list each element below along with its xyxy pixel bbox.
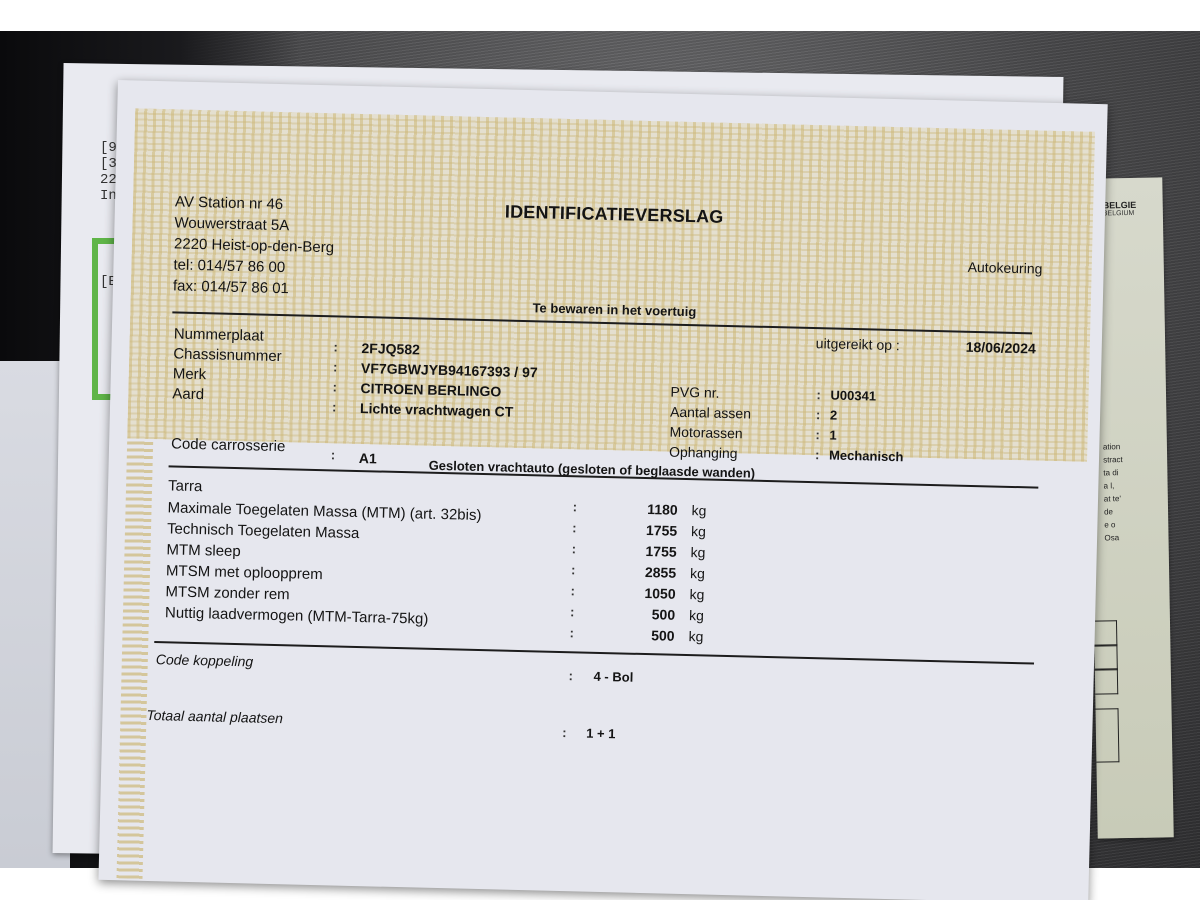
bodywork-code: A1 bbox=[359, 450, 377, 466]
station-name: AV Station nr 46 bbox=[175, 191, 284, 215]
country-label-en: BELGIUM bbox=[1103, 210, 1135, 218]
card-fragment: de bbox=[1104, 505, 1124, 518]
pvg-value: U00341 bbox=[830, 388, 876, 404]
card-fragment: e o bbox=[1104, 518, 1124, 531]
mass-value: 500 bbox=[615, 605, 675, 622]
mass-label: Technisch Toegelaten Massa bbox=[167, 520, 360, 542]
mass-unit: kg bbox=[690, 565, 705, 581]
brand-value: CITROEN BERLINGO bbox=[360, 380, 501, 399]
mass-unit: kg bbox=[688, 628, 703, 644]
card-fragment: stract bbox=[1103, 453, 1123, 466]
colon: : bbox=[333, 339, 338, 354]
axles-value: 2 bbox=[830, 407, 838, 422]
suspension-label: Ophanging bbox=[669, 444, 738, 462]
card-box bbox=[1094, 620, 1117, 646]
mass-value: 1755 bbox=[616, 542, 676, 559]
pvg-label: PVG nr. bbox=[670, 384, 719, 401]
colon: : bbox=[816, 387, 821, 402]
colon: : bbox=[331, 447, 336, 462]
colon: : bbox=[815, 447, 820, 462]
issued-date: 18/06/2024 bbox=[966, 339, 1036, 357]
card-box bbox=[1094, 644, 1117, 670]
coupling-label: Code koppeling bbox=[156, 651, 254, 669]
driven-axles-value: 1 bbox=[829, 427, 837, 442]
type-label: Aard bbox=[172, 385, 204, 403]
issued-label: uitgereikt op : bbox=[816, 335, 900, 353]
colon: : bbox=[570, 604, 575, 619]
mass-unit: kg bbox=[689, 586, 704, 602]
mass-unit: kg bbox=[691, 502, 706, 518]
driven-axles-label: Motorassen bbox=[669, 424, 743, 442]
mass-unit: kg bbox=[690, 544, 705, 560]
mass-value: 1755 bbox=[617, 521, 677, 538]
brand-label: Merk bbox=[173, 365, 207, 383]
mass-value: 2855 bbox=[616, 563, 676, 580]
mass-unit: kg bbox=[689, 607, 704, 623]
colon: : bbox=[562, 725, 567, 740]
colon: : bbox=[333, 359, 338, 374]
colon: : bbox=[573, 499, 578, 514]
colon: : bbox=[572, 520, 577, 535]
card-text-fragments: ation stract ta di a l, at te' de e o Os… bbox=[1103, 440, 1124, 544]
card-fragment: ta di bbox=[1103, 466, 1123, 479]
card-fragment: a l, bbox=[1103, 479, 1123, 492]
chassis-label: Chassisnummer bbox=[173, 345, 282, 365]
plate-label: Nummerplaat bbox=[174, 325, 264, 344]
coupling-value: 4 - Bol bbox=[593, 669, 633, 685]
country-label: BELGIE bbox=[1103, 200, 1137, 211]
seats-value: 1 + 1 bbox=[586, 726, 616, 742]
colon: : bbox=[332, 399, 337, 414]
tare-label: Tarra bbox=[168, 477, 203, 495]
colon: : bbox=[569, 625, 574, 640]
mass-label: MTSM zonder rem bbox=[165, 583, 290, 603]
card-fragment: ation bbox=[1103, 440, 1123, 453]
colon: : bbox=[568, 668, 573, 683]
colon: : bbox=[815, 427, 820, 442]
card-fragment: Osa bbox=[1104, 531, 1124, 544]
plate-value: 2FJQ582 bbox=[361, 340, 420, 357]
document-category: Autokeuring bbox=[967, 259, 1042, 277]
identification-report: AV Station nr 46 Wouwerstraat 5A 2220 He… bbox=[98, 80, 1107, 900]
bodywork-label: Code carrosserie bbox=[171, 435, 286, 455]
mass-value: 1180 bbox=[617, 500, 677, 517]
mass-value: 1050 bbox=[615, 584, 675, 601]
station-tel: tel: 014/57 86 00 bbox=[173, 254, 285, 278]
colon: : bbox=[816, 407, 821, 422]
card-fragment: at te' bbox=[1104, 492, 1124, 505]
seats-label: Totaal aantal plaatsen bbox=[146, 707, 283, 726]
mass-label: MTM sleep bbox=[166, 541, 241, 560]
suspension-value: Mechanisch bbox=[829, 447, 904, 464]
mass-unit: kg bbox=[691, 523, 706, 539]
security-strip bbox=[116, 438, 153, 879]
colon: : bbox=[332, 379, 337, 394]
colon: : bbox=[570, 583, 575, 598]
mass-label: Nuttig laadvermogen (MTM-Tarra-75kg) bbox=[165, 604, 429, 627]
axles-label: Aantal assen bbox=[670, 404, 751, 422]
colon: : bbox=[571, 562, 576, 577]
colon: : bbox=[572, 541, 577, 556]
station-fax: fax: 014/57 86 01 bbox=[173, 275, 289, 299]
station-street: Wouwerstraat 5A bbox=[174, 212, 289, 236]
mass-label: Maximale Toegelaten Massa (MTM) (art. 32… bbox=[167, 499, 481, 524]
card-box bbox=[1095, 708, 1119, 762]
card-box bbox=[1095, 668, 1118, 694]
mass-value: 500 bbox=[614, 626, 674, 643]
divider bbox=[154, 641, 1034, 664]
mass-label: MTSM met oploopprem bbox=[166, 562, 323, 583]
